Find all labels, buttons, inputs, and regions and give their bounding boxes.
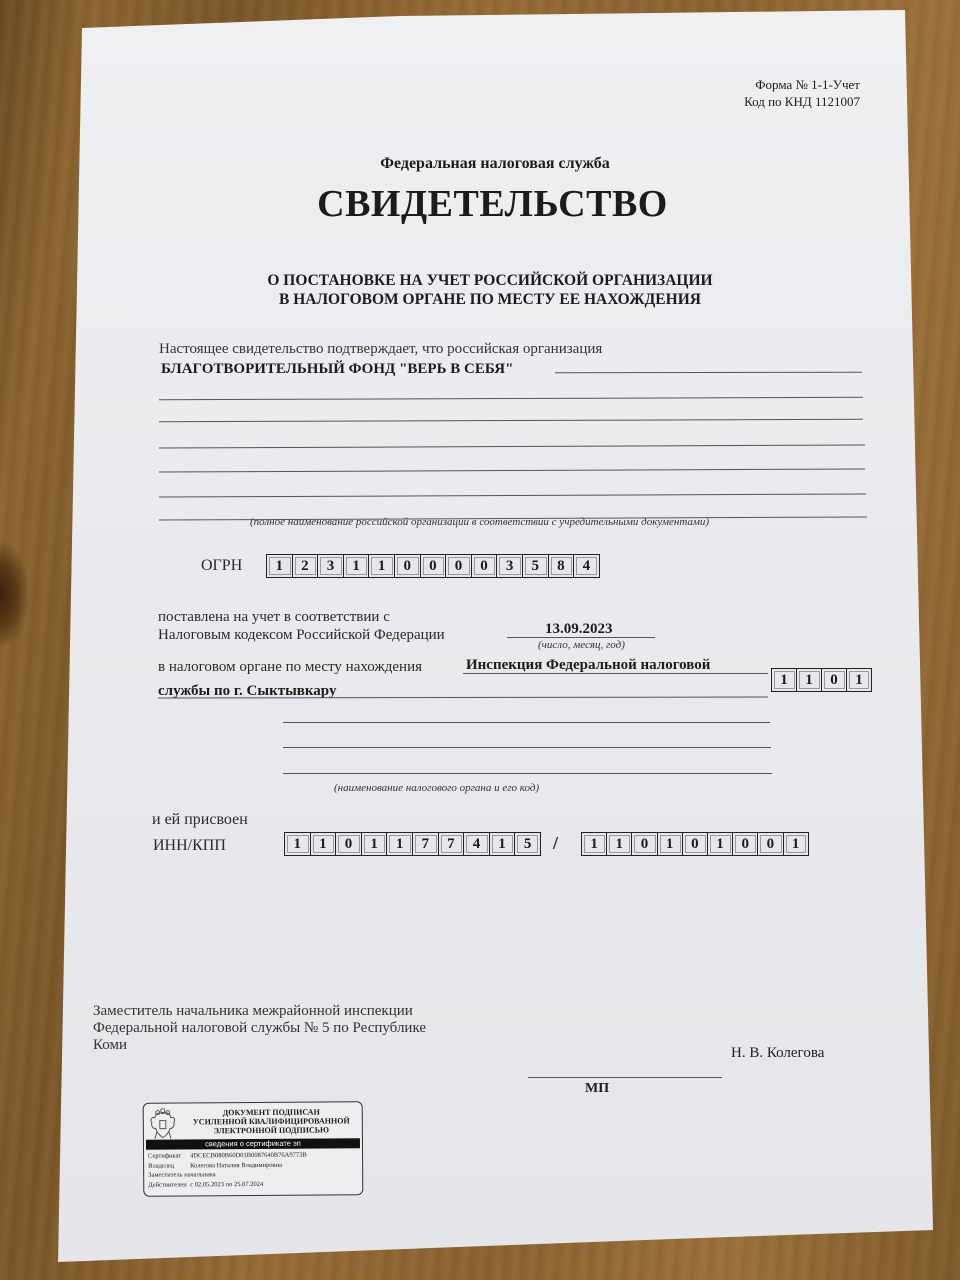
stamp-certificate-bar: сведения о сертификате эп	[146, 1138, 360, 1149]
ogrn-digit: 0	[421, 555, 447, 577]
ogrn-digit: 1	[267, 555, 293, 577]
inn-digit: 1	[362, 833, 388, 855]
inn-digit: 0	[336, 833, 362, 855]
form-line	[283, 722, 770, 723]
ogrn-digit-boxes: 1231100003584	[266, 554, 600, 578]
authority-name-line-1: Инспекция Федеральной налоговой	[466, 657, 710, 674]
inn-digit: 5	[515, 833, 540, 855]
inn-digit: 1	[285, 833, 311, 855]
inn-digit: 1	[311, 833, 337, 855]
certificate-label: Сертификат	[148, 1151, 190, 1161]
form-line	[283, 747, 771, 748]
kpp-digit: 0	[632, 833, 657, 855]
form-line	[159, 444, 865, 448]
signer-position-line-1: Заместитель начальника межрайонной инспе…	[93, 1003, 426, 1020]
inn-kpp-label: ИНН/КПП	[153, 837, 226, 855]
authority-code-digit: 1	[847, 669, 871, 691]
signer-position-line-2: Федеральной налоговой службы № 5 по Респ…	[93, 1020, 426, 1037]
kpp-digit: 1	[658, 833, 683, 855]
ogrn-digit: 5	[523, 555, 549, 577]
inn-digit: 1	[387, 833, 413, 855]
authority-hint: (наименование налогового органа и его ко…	[334, 782, 539, 794]
assigned-label: и ей присвоен	[152, 811, 248, 829]
valid-value: с 02.05.2023 по 25.07.2024	[190, 1179, 263, 1189]
form-line	[159, 419, 863, 422]
seal-line	[528, 1077, 722, 1078]
owner-position: Заместитель начальника	[148, 1170, 216, 1180]
ogrn-label: ОГРН	[201, 557, 242, 575]
stamp-heading-line-3: ЭЛЕКТРОННОЙ ПОДПИСЬЮ	[184, 1125, 359, 1135]
ogrn-digit: 0	[446, 555, 472, 577]
e-signature-stamp: ДОКУМЕНТ ПОДПИСАН УСИЛЕННОЙ КВАЛИФИЦИРОВ…	[143, 1101, 364, 1197]
kpp-digit: 0	[733, 833, 758, 855]
authority-code-digit: 1	[797, 669, 822, 691]
form-line	[463, 673, 768, 674]
form-line	[158, 696, 768, 698]
organization-name: БЛАГОТВОРИТЕЛЬНЫЙ ФОНД "ВЕРЬ В СЕБЯ"	[161, 361, 513, 378]
stamp-heading: ДОКУМЕНТ ПОДПИСАН УСИЛЕННОЙ КВАЛИФИЦИРОВ…	[184, 1107, 359, 1135]
form-identifier: Форма № 1-1-Учет Код по КНД 1121007	[744, 76, 860, 110]
registration-text-1: поставлена на учет в соответствии с	[158, 609, 390, 626]
organization-name-hint: (полное наименование российской организа…	[250, 516, 709, 528]
date-hint: (число, месяц, год)	[538, 639, 625, 651]
signer-name: Н. В. Колегова	[731, 1045, 824, 1062]
authority-code-digit: 0	[822, 669, 847, 691]
inn-digit: 7	[413, 833, 439, 855]
inn-digit: 4	[464, 833, 490, 855]
inn-digit: 7	[439, 833, 465, 855]
ogrn-digit: 3	[318, 555, 344, 577]
inn-digit: 1	[490, 833, 516, 855]
registration-text-2: Налоговым кодексом Российской Федерации	[158, 627, 445, 644]
kpp-digit: 0	[683, 833, 708, 855]
agency-name: Федеральная налоговая служба	[0, 155, 960, 173]
ogrn-digit: 4	[574, 555, 599, 577]
kpp-digit-boxes: 110101001	[581, 832, 809, 856]
form-line	[283, 773, 772, 774]
ogrn-digit: 1	[369, 555, 395, 577]
ogrn-digit: 0	[395, 555, 421, 577]
valid-label: Действителен	[148, 1180, 190, 1190]
kpp-digit: 0	[758, 833, 783, 855]
inn-digit-boxes: 1101177415	[284, 832, 541, 856]
kpp-digit: 1	[784, 833, 808, 855]
kpp-digit: 1	[582, 833, 607, 855]
form-line	[507, 637, 655, 638]
subtitle-line-2: В НАЛОГОВОМ ОРГАНЕ ПО МЕСТУ ЕЕ НАХОЖДЕНИ…	[0, 290, 960, 309]
form-number: Форма № 1-1-Учет	[744, 76, 860, 93]
form-line	[159, 397, 863, 400]
signer-position: Заместитель начальника межрайонной инспе…	[93, 1003, 426, 1054]
registration-date: 13.09.2023	[545, 621, 613, 638]
kpp-digit: 1	[708, 833, 733, 855]
form-line	[159, 493, 866, 497]
russian-coat-of-arms-icon	[148, 1108, 178, 1142]
intro-text: Настоящее свидетельство подтверждает, чт…	[159, 341, 602, 358]
stamp-details: Сертификат4DCECB080B60D01B0087640B76A977…	[148, 1151, 307, 1190]
certificate-value: 4DCECB080B60D01B0087640B76A9773B	[190, 1151, 307, 1161]
seal-label: МП	[585, 1081, 609, 1097]
document-title: СВИДЕТЕЛЬСТВО	[0, 182, 960, 226]
form-line	[159, 468, 865, 472]
certificate-document: Форма № 1-1-Учет Код по КНД 1121007 Феде…	[0, 0, 960, 1280]
ogrn-digit: 0	[472, 555, 498, 577]
subtitle-line-1: О ПОСТАНОВКЕ НА УЧЕТ РОССИЙСКОЙ ОРГАНИЗА…	[0, 271, 960, 290]
ogrn-digit: 3	[497, 555, 523, 577]
ogrn-digit: 1	[344, 555, 370, 577]
owner-label: Владелец	[148, 1161, 190, 1171]
authority-code-boxes: 1101	[771, 668, 872, 692]
ogrn-digit: 2	[293, 555, 319, 577]
inn-kpp-separator: /	[553, 833, 558, 854]
document-subtitle: О ПОСТАНОВКЕ НА УЧЕТ РОССИЙСКОЙ ОРГАНИЗА…	[0, 271, 960, 309]
owner-value: Колегова Наталия Владимировна	[190, 1160, 282, 1170]
ogrn-digit: 8	[549, 555, 575, 577]
knd-code: Код по КНД 1121007	[744, 93, 860, 110]
signer-position-line-3: Коми	[93, 1037, 426, 1054]
form-line	[555, 372, 862, 374]
authority-code-digit: 1	[772, 669, 797, 691]
kpp-digit: 1	[607, 833, 632, 855]
authority-label: в налоговом органе по месту нахождения	[158, 659, 422, 676]
